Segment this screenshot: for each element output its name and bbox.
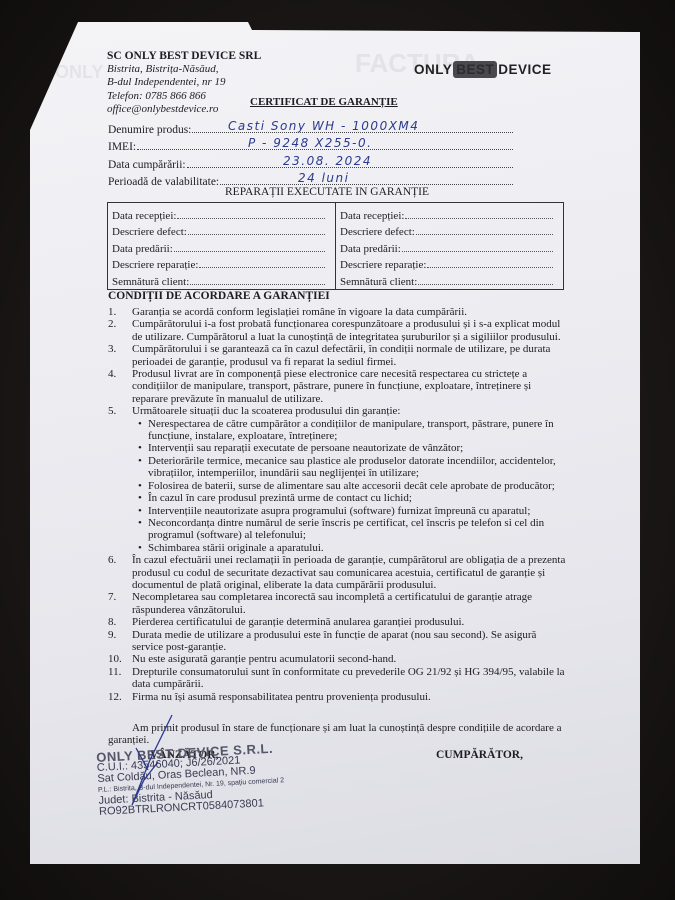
bullet-item: Intervențiile neautorizate asupra progra… — [138, 505, 568, 517]
repair-label: Descriere reparație: — [340, 259, 426, 271]
bullet-item: Intervenții sau reparații executate de p… — [138, 442, 568, 454]
handwritten-value: 23.08. 2024 — [283, 154, 372, 168]
company-city: Bistrita, Bistrița-Năsăud, — [107, 63, 261, 76]
repair-label: Data recepției: — [112, 210, 176, 222]
exclusion-bullets: Nerespectarea de către cumpărător a cond… — [108, 418, 568, 554]
condition-item: 3.Cumpărătorului i se garantează ca în c… — [108, 343, 568, 368]
bleed-through-text: ONLY — [55, 62, 103, 83]
logo-part-highlight: BEST — [453, 61, 497, 78]
bullet-item: Folosirea de baterii, surse de alimentar… — [138, 480, 568, 492]
signature-icon — [100, 710, 210, 820]
conditions-title: CONDIȚII DE ACORDARE A GARANȚIEI — [108, 290, 330, 302]
field-imei: IMEI: P - 9248 X255-0. — [108, 136, 513, 154]
repair-label: Descriere reparație: — [112, 259, 198, 271]
repairs-column-left: Data recepției: Descriere defect: Data p… — [108, 203, 335, 289]
bullet-item: Deteriorările termice, mecanice sau plas… — [138, 455, 568, 480]
logo-part: ONLY — [414, 62, 452, 77]
condition-item: 8.Pierderea certificatului de garanție d… — [108, 616, 568, 628]
repair-label: Descriere defect: — [112, 226, 187, 238]
conditions-list: 1.Garanția se acordă conform legislației… — [108, 306, 568, 703]
company-header: SC ONLY BEST DEVICE SRL Bistrita, Bistri… — [107, 50, 261, 116]
field-label: Data cumpărării: — [108, 159, 186, 171]
company-address: B-dul Independentei, nr 19 — [107, 76, 261, 89]
handwritten-value: Casti Sony WH - 1000XM4 — [228, 119, 419, 133]
field-label: Perioadă de valabilitate: — [108, 176, 219, 188]
condition-item: 10.Nu este asigurată garanție pentru acu… — [108, 653, 568, 665]
bullet-item: Schimbarea stării originale a aparatului… — [138, 542, 568, 554]
repairs-title: REPARAȚII EXECUTATE IN GARANȚIE — [225, 186, 429, 198]
condition-bullets-wrap: Nerespectarea de către cumpărător a cond… — [108, 418, 568, 554]
buyer-label: CUMPĂRĂTOR, — [436, 749, 523, 761]
logo-part: DEVICE — [498, 62, 551, 77]
company-phone: Telefon: 0785 866 866 — [107, 90, 261, 103]
handwritten-value: 24 luni — [298, 171, 349, 185]
bullet-item: Neconcordanța dintre numărul de serie în… — [138, 517, 568, 542]
product-fields: Denumire produs: Casti Sony WH - 1000XM4… — [108, 118, 513, 188]
condition-item: 9.Durata medie de utilizare a produsului… — [108, 629, 568, 654]
repairs-column-right: Data recepției: Descriere defect: Data p… — [335, 203, 563, 289]
repairs-table: Data recepției: Descriere defect: Data p… — [107, 202, 564, 290]
repair-label: Semnătură client: — [340, 276, 417, 288]
handwritten-value: P - 9248 X255-0. — [248, 136, 372, 150]
condition-item: 2.Cumpărătorului i-a fost probată funcți… — [108, 318, 568, 343]
condition-item: 12.Firma nu își asumă responsabilitatea … — [108, 691, 568, 703]
condition-item: 6.În cazul efectuării unei reclamații în… — [108, 554, 568, 591]
company-logo: ONLY BEST DEVICE — [414, 61, 552, 78]
field-purchase-date: Data cumpărării: 23.08. 2024 — [108, 153, 513, 171]
repair-label: Descriere defect: — [340, 226, 415, 238]
field-label: Denumire produs: — [108, 124, 191, 136]
repair-label: Data predării: — [112, 243, 173, 255]
condition-item: 11.Drepturile consumatorului sunt în con… — [108, 666, 568, 691]
condition-item: 1.Garanția se acordă conform legislației… — [108, 306, 568, 318]
company-name: SC ONLY BEST DEVICE SRL — [107, 50, 261, 63]
condition-item: 5.Următoarele situații duc la scoaterea … — [108, 405, 568, 417]
company-email: office@onlybestdevice.ro — [107, 103, 261, 116]
certificate-title: CERTIFICAT DE GARANȚIE — [250, 96, 398, 108]
bullet-item: În cazul în care produsul prezintă urme … — [138, 492, 568, 504]
condition-item: 4.Produsul livrat are în componență pies… — [108, 368, 568, 405]
repair-label: Data predării: — [340, 243, 401, 255]
repair-label: Data recepției: — [340, 210, 404, 222]
field-label: IMEI: — [108, 141, 136, 153]
repair-label: Semnătură client: — [112, 276, 189, 288]
bullet-item: Nerespectarea de către cumpărător a cond… — [138, 418, 568, 443]
field-product-name: Denumire produs: Casti Sony WH - 1000XM4 — [108, 118, 513, 136]
condition-item: 7.Necompletarea sau completarea incorect… — [108, 591, 568, 616]
